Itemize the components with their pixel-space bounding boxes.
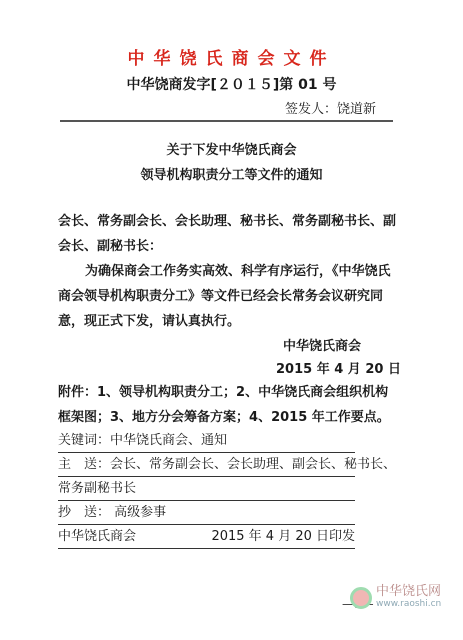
- signing-organization: 中华饶氏商会: [283, 335, 361, 354]
- watermark-url: www.raoshi.cn: [376, 598, 441, 610]
- keywords-line: 关键词：中华饶氏商会、通知: [58, 430, 355, 453]
- org-document-title: 中华饶氏商会文件: [0, 44, 463, 69]
- watermark-site-name: 中华饶氏网: [376, 586, 441, 598]
- signing-date: 2015 年 4 月 20 日: [276, 358, 401, 377]
- main-recipients-line-2: 常务副秘书长: [58, 478, 355, 501]
- attachments: 附件：1、领导机构职责分工；2、中华饶氏商会组织机构框架图；3、地方分会筹备方案…: [58, 380, 398, 430]
- issuer: 中华饶氏商会: [58, 526, 136, 548]
- main-recipients-line-1: 主 送：会长、常务副会长、会长助理、副会长、秘书长、: [58, 454, 355, 477]
- document-number: 中华饶商发字[２０１５]第 01 号: [0, 74, 463, 94]
- header-divider: [60, 120, 393, 122]
- issuer-line: 中华饶氏商会 2015 年 4 月 20 日印发: [58, 526, 355, 549]
- cc-line: 抄 送： 高级参事: [58, 502, 355, 525]
- body-paragraph: 为确保商会工作务实高效、科学有序运行，《中华饶氏商会领导机构职责分工》等文件已经…: [58, 259, 398, 334]
- addressee: 会长、常务副会长、会长助理、秘书长、常务副秘书长、副会长、副秘书长：: [58, 209, 398, 259]
- watermark: 中华饶氏网 www.raoshi.cn: [350, 586, 441, 610]
- watermark-logo-icon: [350, 587, 372, 609]
- notice-title-line-2: 领导机构职责分工等文件的通知: [0, 164, 463, 183]
- signer: 签发人：饶道新: [285, 98, 376, 117]
- notice-title-line-1: 关于下发中华饶氏商会: [0, 139, 463, 158]
- issue-date: 2015 年 4 月 20 日印发: [211, 526, 355, 548]
